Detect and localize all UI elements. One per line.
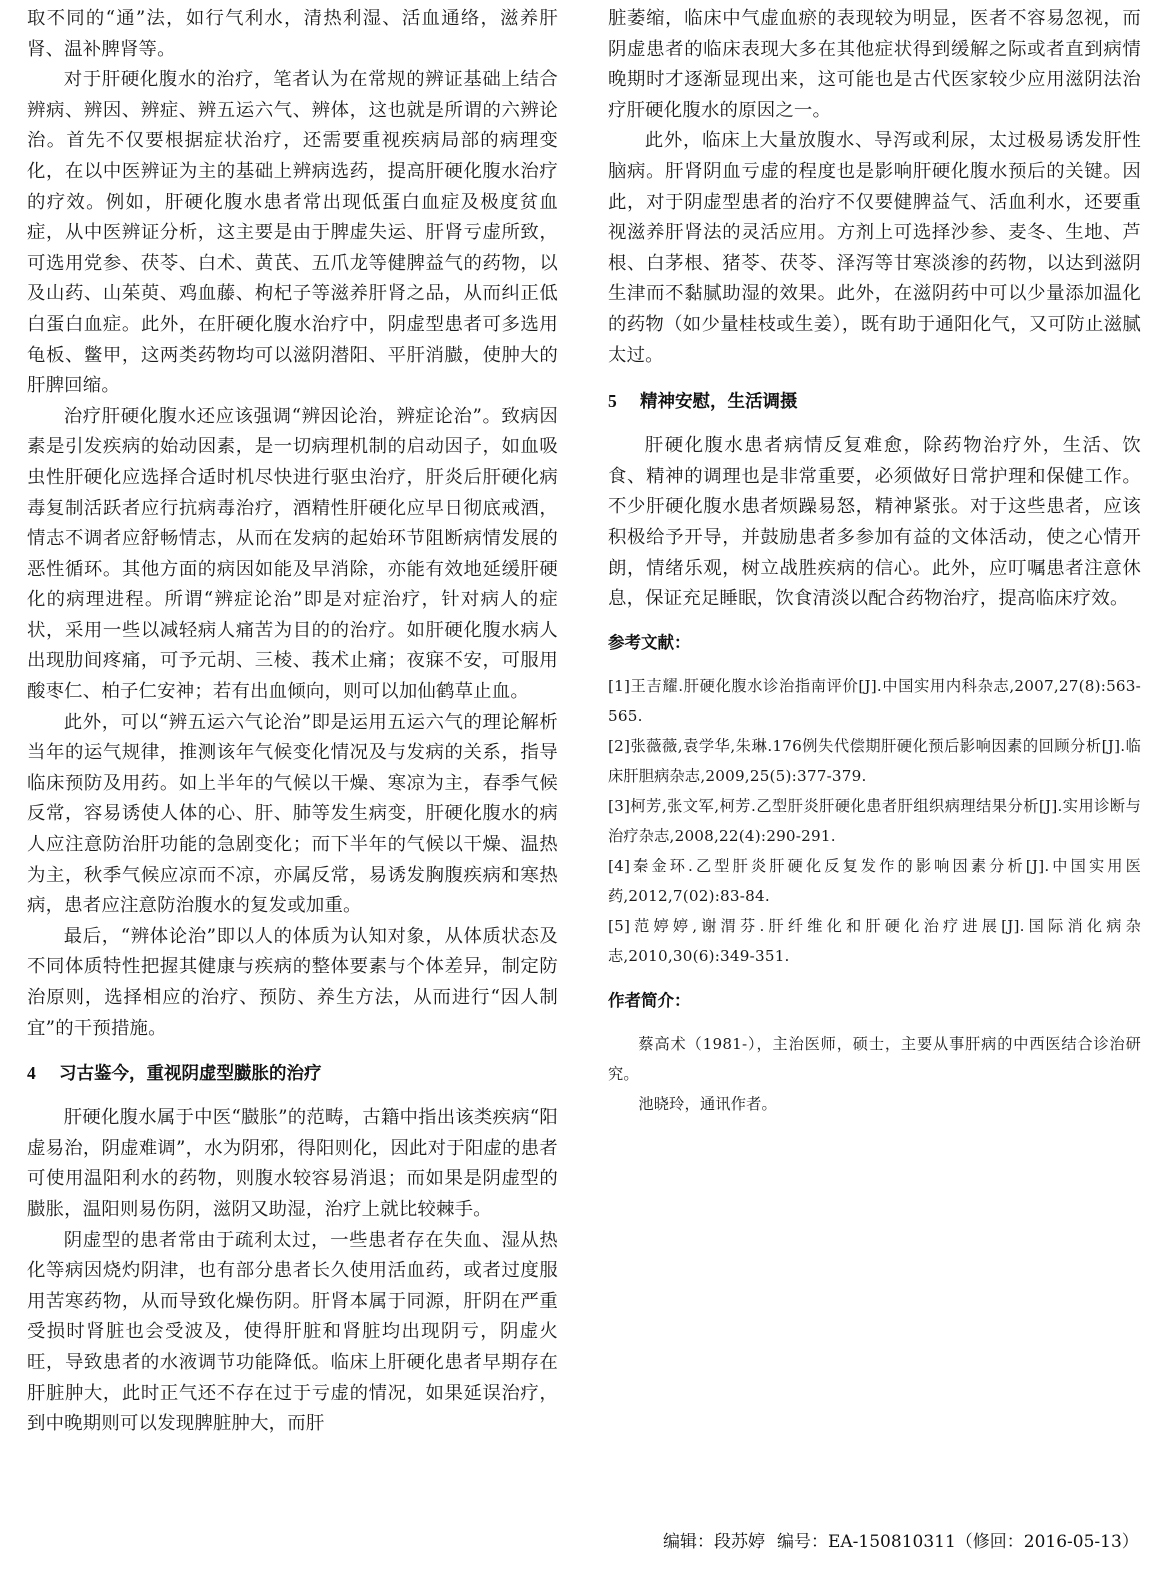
paragraph: 阴虚型的患者常由于疏利太过，一些患者存在失血、湿从热化等病因烧灼阴津，也有部分患… [27,1226,558,1440]
paragraph: 取不同的“通”法，如行气利水，清热利湿、活血通络，滋养肝肾、温补脾肾等。 [27,4,558,65]
reference-item: [4]秦金环.乙型肝炎肝硬化反复发作的影响因素分析[J].中国实用医药,2012… [608,851,1141,911]
right-column: 脏萎缩，临床中气虚血瘀的表现较为明显，医者不容易忽视，而阴虚患者的临床表现大多在… [608,4,1141,1119]
author-bio: 作者简介： 蔡高术（1981-），主治医师，硕士，主要从事肝病的中西医结合诊治研… [608,987,1141,1119]
references-title: 参考文献： [608,629,1141,657]
reference-item: [5]范婷婷,谢渭芬.肝纤维化和肝硬化治疗进展[J].国际消化病杂志,2010,… [608,911,1141,971]
page-footer: 编辑：段苏婷编号：EA-150810311（修回：2016-05-13） [663,1530,1139,1554]
reference-item: [3]柯芳,张文军,柯芳.乙型肝炎肝硬化患者肝组织病理结果分析[J].实用诊断与… [608,791,1141,851]
reference-item: [1]王吉耀.肝硬化腹水诊治指南评价[J].中国实用内科杂志,2007,27(8… [608,671,1141,731]
paragraph: 肝硬化腹水患者病情反复难愈，除药物治疗外，生活、饮食、精神的调理也是非常重要，必… [608,431,1141,615]
section-title: 习古鉴今，重视阴虚型臌胀的治疗 [59,1064,322,1084]
editor-info: 编辑：段苏婷 [663,1532,765,1552]
paragraph: 脏萎缩，临床中气虚血瘀的表现较为明显，医者不容易忽视，而阴虚患者的临床表现大多在… [608,4,1141,126]
article-serial: 编号：EA-150810311（修回：2016-05-13） [777,1532,1139,1552]
reference-item: [2]张薇薇,袁学华,朱琳.176例失代偿期肝硬化预后影响因素的回顾分析[J].… [608,731,1141,791]
paragraph: 对于肝硬化腹水的治疗，笔者认为在常规的辨证基础上结合辨病、辨因、辨症、辨五运六气… [27,65,558,402]
section-number: 5 [608,386,640,416]
section-title: 精神安慰，生活调摄 [640,392,798,412]
section-heading-5: 5精神安慰，生活调摄 [608,386,1141,417]
paragraph: 最后，“辨体论治”即以人的体质为认知对象，从体质状态及不同体质特性把握其健康与疾… [27,922,558,1044]
paragraph: 治疗肝硬化腹水还应该强调“辨因论治，辨症论治”。致病因素是引发疾病的始动因素，是… [27,402,558,708]
paragraph: 此外，临床上大量放腹水、导泻或利尿，太过极易诱发肝性脑病。肝肾阴血亏虚的程度也是… [608,126,1141,371]
author-bio-line: 蔡高术（1981-），主治医师，硕士，主要从事肝病的中西医结合诊治研究。 [608,1029,1141,1089]
author-bio-title: 作者简介： [608,987,1141,1015]
references: 参考文献： [1]王吉耀.肝硬化腹水诊治指南评价[J].中国实用内科杂志,200… [608,629,1141,971]
author-bio-line: 池晓玲，通讯作者。 [608,1089,1141,1119]
paragraph: 肝硬化腹水属于中医“臌胀”的范畴，古籍中指出该类疾病“阳虚易治，阴虚难调”，水为… [27,1103,558,1225]
section-number: 4 [27,1058,59,1088]
paragraph: 此外，可以“辨五运六气论治”即是运用五运六气的理论解析当年的运气规律，推测该年气… [27,708,558,922]
left-column: 取不同的“通”法，如行气利水，清热利湿、活血通络，滋养肝肾、温补脾肾等。 对于肝… [27,4,558,1440]
section-heading-4: 4习古鉴今，重视阴虚型臌胀的治疗 [27,1058,558,1089]
